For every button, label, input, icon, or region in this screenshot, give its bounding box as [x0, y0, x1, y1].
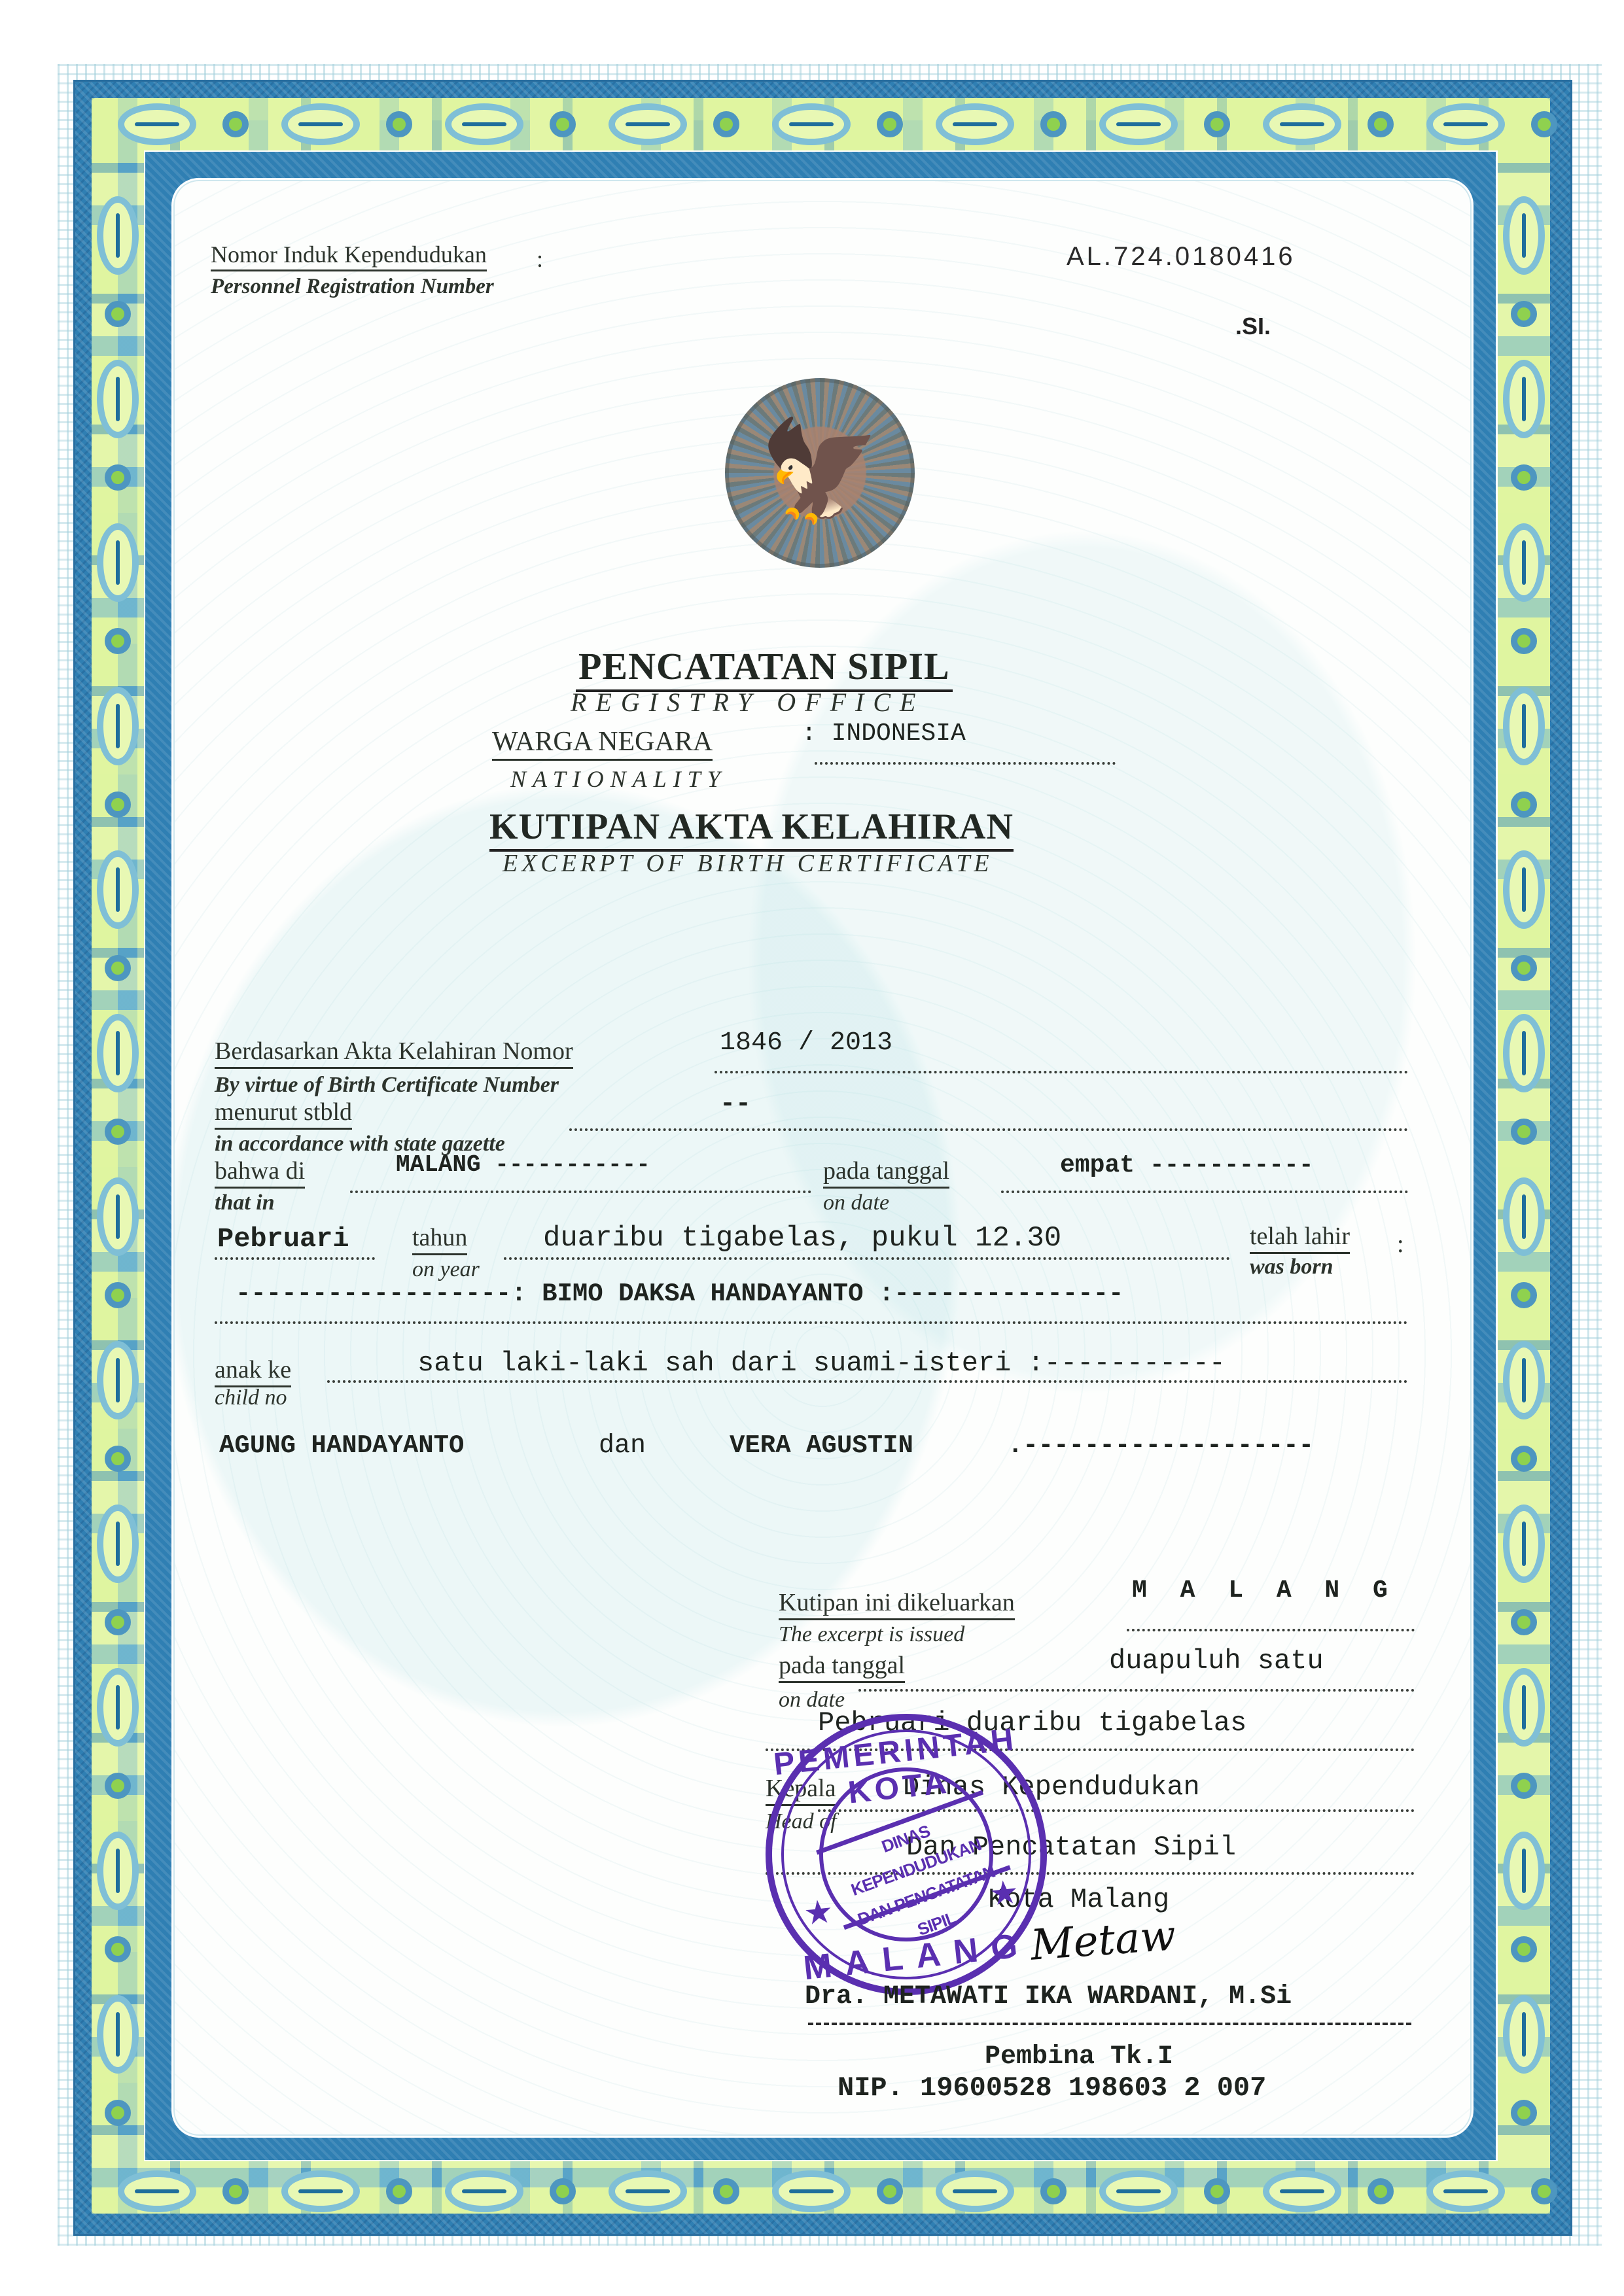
border-ornament: [105, 955, 131, 981]
border-ornament: [1503, 1995, 1545, 2074]
border-ornament: [105, 464, 131, 491]
border-ornament: [281, 103, 360, 145]
nik-label-en: Personnel Registration Number: [211, 275, 494, 299]
border-ornament: [445, 2170, 523, 2212]
border-ornament: [772, 2170, 851, 2212]
border-ornament: [105, 1609, 131, 1635]
border-ornament: [609, 2170, 687, 2212]
cert-no-dotline: [715, 1071, 1408, 1073]
border-ornament: [97, 687, 139, 765]
garuda-emblem-icon: 🦅: [725, 378, 915, 568]
border-ornament: [105, 1282, 131, 1308]
child-no-dotline: [327, 1380, 1408, 1383]
signatory-rank: Pembina Tk.I: [985, 2042, 1173, 2072]
border-ornament: [1503, 360, 1545, 438]
border-ornament: [1426, 2170, 1505, 2212]
nationality-dotline: [815, 762, 1116, 765]
border-ornament: [97, 360, 139, 438]
border-ornament: [105, 2100, 131, 2126]
child-name-dotline: [215, 1321, 1408, 1324]
border-ornament: [1511, 1773, 1537, 1799]
border-ornament: [1511, 464, 1537, 491]
border-ornament: [772, 103, 851, 145]
border-ornament: [1511, 1119, 1537, 1145]
border-ornament: [97, 1505, 139, 1583]
date-value: empat -----------: [1060, 1151, 1314, 1179]
child-no-value: satu laki-laki sah dari suami-isteri :--…: [417, 1348, 1226, 1379]
issued-label-en: The excerpt is issued: [779, 1622, 964, 1647]
border-ornament: [105, 1119, 131, 1145]
border-ornament: [936, 103, 1014, 145]
border-ornament: [97, 196, 139, 275]
border-ornament: [281, 2170, 360, 2212]
border-ornament: [105, 628, 131, 654]
born-label-en: was born: [1250, 1255, 1333, 1279]
child-no-label-en: child no: [215, 1385, 287, 1410]
border-ornament: [1503, 196, 1545, 275]
border-ornament: [97, 523, 139, 602]
year-value: duaribu tigabelas, pukul 12.30: [543, 1222, 1061, 1255]
border-ornament: [1368, 2178, 1394, 2204]
border-ornament: [97, 1341, 139, 1419]
cert-no-label-en: By virtue of Birth Certificate Number: [215, 1073, 559, 1098]
border-ornament: [1204, 2178, 1230, 2204]
nik-label: Nomor Induk Kependudukan: [211, 241, 487, 271]
signature: Metaw: [1029, 1911, 1178, 1970]
year-dotline: [504, 1257, 1230, 1260]
place-label: bahwa di: [215, 1157, 305, 1189]
border-ornament: [1099, 2170, 1178, 2212]
border-ornament: [97, 1832, 139, 1910]
border-ornament: [386, 111, 412, 137]
parents-trail: .-------------------: [1008, 1431, 1314, 1460]
border-ornament: [1426, 103, 1505, 145]
border-ornament: [1511, 628, 1537, 654]
border-ornament: [105, 301, 131, 327]
issued-label: Kutipan ini dikeluarkan: [779, 1588, 1015, 1620]
border-ornament: [105, 1936, 131, 1962]
issue-date-label: pada tanggal: [779, 1651, 905, 1683]
border-ornament: [386, 2178, 412, 2204]
child-no-label: anak ke: [215, 1355, 291, 1387]
official-stamp: PEMERINTAH KOTA DINAS KEPENDUDUKAN DAN P…: [752, 1700, 1061, 2009]
border-ornament: [550, 2178, 576, 2204]
border-ornament: [97, 1995, 139, 2074]
border-ornament: [1503, 687, 1545, 765]
child-name: ------------------: BIMO DAKSA HANDAYANT…: [236, 1279, 1123, 1308]
border-ornament: [1511, 955, 1537, 981]
border-ornament: [877, 111, 903, 137]
born-colon: :: [1397, 1230, 1404, 1259]
signatory-nip: NIP. 19600528 198603 2 007: [838, 2072, 1266, 2104]
place-dotline: [350, 1191, 811, 1193]
border-ornament: [713, 111, 739, 137]
document-title-en: EXCERPT OF BIRTH CERTIFICATE: [503, 849, 993, 878]
born-label: telah lahir: [1250, 1222, 1350, 1254]
border-ornament: [1511, 1446, 1537, 1472]
issue-date-value-1: duapuluh satu: [1109, 1645, 1324, 1677]
nik-value: AL.724.0180416: [1067, 242, 1296, 271]
father-name: AGUNG HANDAYANTO: [219, 1431, 464, 1460]
border-ornament: [1511, 301, 1537, 327]
issue-date-dotline-1: [858, 1689, 1415, 1692]
border-ornament: [1040, 2178, 1067, 2204]
border-ornament: [1503, 1177, 1545, 1256]
cert-no-value: 1846 / 2013: [720, 1028, 892, 1058]
document-title: KUTIPAN AKTA KELAHIRAN: [489, 806, 1014, 852]
signatory-dashline: [808, 2023, 1411, 2025]
border-ornament: [222, 2178, 249, 2204]
stbld-dotline: [569, 1128, 1408, 1131]
border-ornament: [445, 103, 523, 145]
border-ornament: [1368, 111, 1394, 137]
cert-no-label: Berdasarkan Akta Kelahiran Nomor: [215, 1037, 573, 1069]
border-ornament: [118, 103, 196, 145]
border-ornament: [97, 1668, 139, 1747]
border-ornament: [1503, 1341, 1545, 1419]
border-ornament: [105, 1446, 131, 1472]
border-ornament: [1511, 791, 1537, 818]
month-dotline: [215, 1257, 375, 1260]
date-label-en: on date: [823, 1191, 889, 1215]
border-ornament: [118, 2170, 196, 2212]
border-ornament: [609, 103, 687, 145]
border-ornament: [105, 791, 131, 818]
border-ornament: [222, 111, 249, 137]
border-ornament: [1511, 1282, 1537, 1308]
border-ornament: [1503, 850, 1545, 929]
nationality-label: WARGA NEGARA: [492, 726, 713, 761]
border-ornament: [1204, 111, 1230, 137]
border-ornament: [1531, 2178, 1557, 2204]
border-ornament: [97, 1177, 139, 1256]
parents-conjunction: dan: [599, 1431, 646, 1461]
date-label: pada tanggal: [823, 1157, 949, 1189]
border-ornament: [1531, 111, 1557, 137]
border-ornament: [1099, 103, 1178, 145]
border-ornament: [1263, 2170, 1341, 2212]
star-icon: ★: [802, 1892, 836, 1932]
border-ornament: [550, 111, 576, 137]
border-ornament: [936, 2170, 1014, 2212]
border-ornament: [1503, 1832, 1545, 1910]
border-ornament: [1503, 523, 1545, 602]
nik-colon: :: [537, 245, 543, 273]
year-label: tahun: [412, 1223, 467, 1255]
border-ornament: [97, 850, 139, 929]
border-ornament: [1511, 2100, 1537, 2126]
border-ornament: [1503, 1668, 1545, 1747]
border-ornament: [1511, 1609, 1537, 1635]
place-value: MALANG -----------: [396, 1151, 650, 1178]
month-value: Pebruari: [217, 1223, 349, 1255]
border-ornament: [713, 2178, 739, 2204]
mother-name: VERA AGUSTIN: [730, 1431, 913, 1460]
border-ornament: [105, 1773, 131, 1799]
border-ornament: [877, 2178, 903, 2204]
stbld-value: --: [720, 1090, 751, 1119]
office-title: PENCATATAN SIPIL: [576, 644, 953, 692]
office-title-en: REGISTRY OFFICE: [571, 687, 925, 718]
border-ornament: [1263, 103, 1341, 145]
star-icon: ★: [987, 1873, 1021, 1913]
border-ornament: [1503, 1505, 1545, 1583]
stbld-label: menurut stbld: [215, 1098, 352, 1130]
issued-value: M A L A N G: [1132, 1576, 1397, 1605]
border-ornament: [1040, 111, 1067, 137]
date-dotline: [1001, 1191, 1408, 1193]
border-ornament: [1503, 1014, 1545, 1092]
place-label-en: that in: [215, 1191, 275, 1215]
year-label-en: on year: [412, 1257, 480, 1282]
issued-dotline: [1127, 1629, 1415, 1631]
code-suffix: .SI.: [1235, 313, 1271, 340]
border-ornament: [1511, 1936, 1537, 1962]
signatory-name: Dra. METAWATI IKA WARDANI, M.Si: [805, 1982, 1292, 2011]
nationality-label-en: NATIONALITY: [510, 765, 727, 793]
nationality-value: : INDONESIA: [802, 720, 966, 748]
border-ornament: [97, 1014, 139, 1092]
